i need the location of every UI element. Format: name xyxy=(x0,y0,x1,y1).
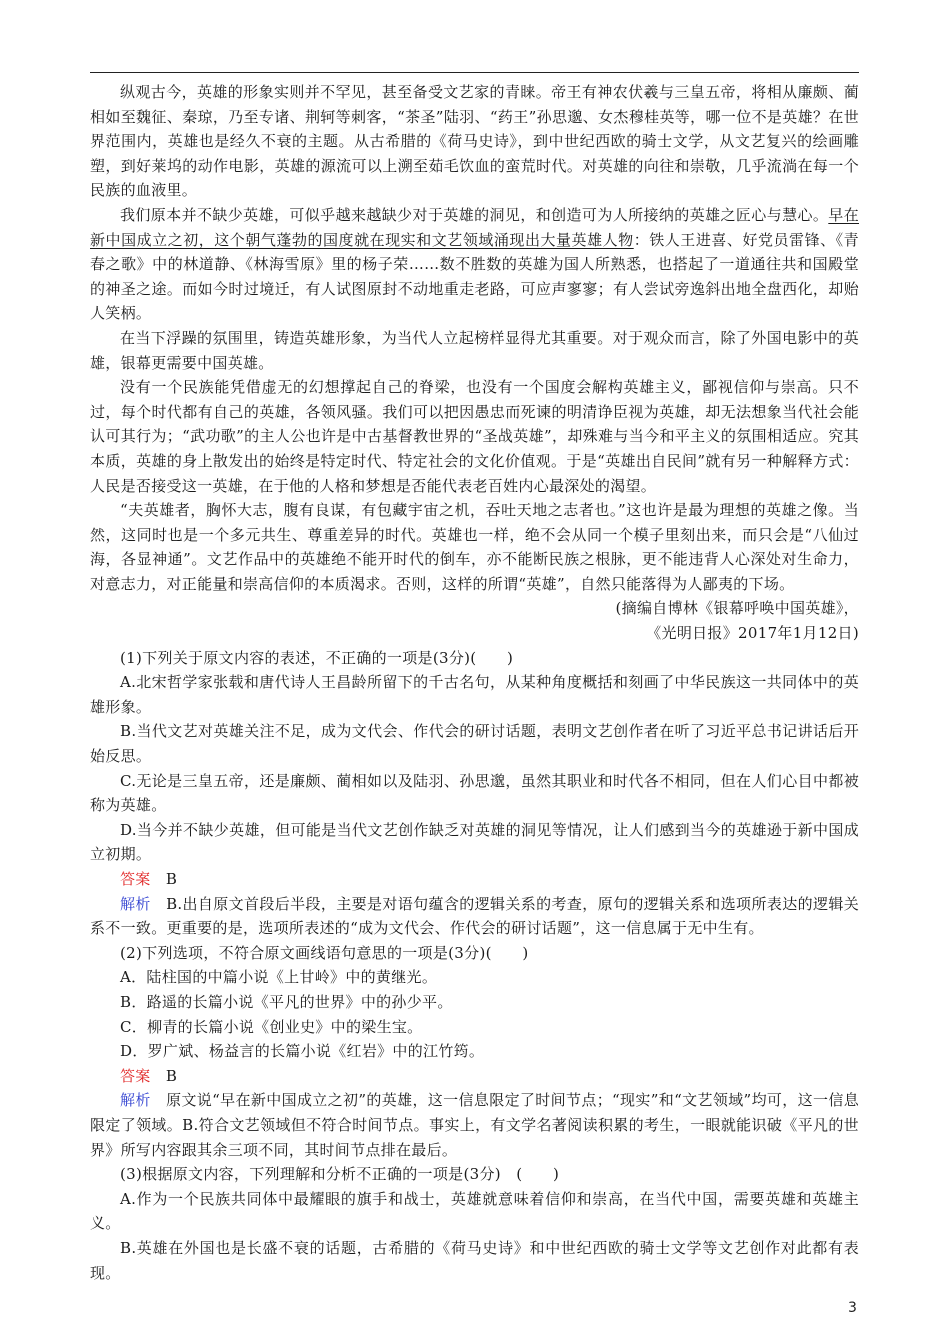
question-1-option-c: C.无论是三皇五帝，还是廉颇、蔺相如以及陆羽、孙思邈，虽然其职业和时代各不相同，… xyxy=(90,769,859,818)
question-1-option-d: D.当今并不缺少英雄，但可能是当代文艺创作缺乏对英雄的洞见等情况，让人们感到当今… xyxy=(90,818,859,867)
question-2-option-a: A．陆柱国的中篇小说《上甘岭》中的黄继光。 xyxy=(90,965,859,990)
question-3-option-b: B.英雄在外国也是长盛不衰的话题，古希腊的《荷马史诗》和中世纪西欧的骑士文学等文… xyxy=(90,1236,859,1285)
explanation-label: 解析 xyxy=(120,895,151,913)
p2-pre: 我们原本并不缺少英雄，可似乎越来越缺少对于英雄的洞见，和创造可为人所接纳的英雄之… xyxy=(120,206,828,224)
question-1-explanation: 解析 B.出自原文首段后半段，主要是对语句蕴含的逻辑关系的考查，原句的逻辑关系和… xyxy=(90,892,859,941)
question-2-explanation: 解析 原文说“早在新中国成立之初”的英雄，这一信息限定了时间节点；“现实”和“文… xyxy=(90,1088,859,1162)
source-citation-line-1: (摘编自博林《银幕呼唤中国英雄》， xyxy=(90,596,859,621)
explanation-label: 解析 xyxy=(120,1091,151,1109)
article-paragraph-2: 我们原本并不缺少英雄，可似乎越来越缺少对于英雄的洞见，和创造可为人所接纳的英雄之… xyxy=(90,203,859,326)
answer-label: 答案 xyxy=(120,870,151,888)
header-rule xyxy=(90,72,859,73)
question-3-option-a: A.作为一个民族共同体中最耀眼的旗手和战士，英雄就意味着信仰和崇高，在当代中国，… xyxy=(90,1187,859,1236)
explanation-text: B.出自原文首段后半段，主要是对语句蕴含的逻辑关系的考查，原句的逻辑关系和选项所… xyxy=(90,895,859,938)
question-2-answer: 答案 B xyxy=(90,1064,859,1089)
question-1-option-b: B.当代文艺对英雄关注不足，成为文代会、作代会的研讨话题，表明文艺创作者在听了习… xyxy=(90,719,859,768)
question-1-answer: 答案 B xyxy=(90,867,859,892)
question-2-option-d: D．罗广斌、杨益言的长篇小说《红岩》中的江竹筠。 xyxy=(90,1039,859,1064)
explanation-text: 原文说“早在新中国成立之初”的英雄，这一信息限定了时间节点；“现实”和“文艺领域… xyxy=(90,1091,859,1158)
article-paragraph-4: 没有一个民族能凭借虚无的幻想撑起自己的脊梁，也没有一个国度会解构英雄主义，鄙视信… xyxy=(90,375,859,498)
article-paragraph-3: 在当下浮躁的氛围里，铸造英雄形象，为当代人立起榜样显得尤其重要。对于观众而言，除… xyxy=(90,326,859,375)
question-2-option-b: B．路遥的长篇小说《平凡的世界》中的孙少平。 xyxy=(90,990,859,1015)
source-citation-line-2: 《光明日报》2017年1月12日) xyxy=(90,621,859,646)
article-paragraph-5: “夫英雄者，胸怀大志，腹有良谋，有包藏宇宙之机，吞吐天地之志者也。”这也许是最为… xyxy=(90,498,859,596)
question-1-stem: (1)下列关于原文内容的表述，不正确的一项是(3分)( ) xyxy=(90,646,859,671)
question-1-option-a: A.北宋哲学家张载和唐代诗人王昌龄所留下的千古名句，从某种角度概括和刻画了中华民… xyxy=(90,670,859,719)
question-2-stem: (2)下列选项，不符合原文画线语句意思的一项是(3分)( ) xyxy=(90,941,859,966)
page-content: 纵观古今，英雄的形象实则并不罕见，甚至备受文艺家的青睐。帝王有神农伏羲与三皇五帝… xyxy=(90,80,859,1285)
question-2-option-c: C．柳青的长篇小说《创业史》中的梁生宝。 xyxy=(90,1015,859,1040)
answer-value: B xyxy=(166,870,177,888)
page-number: 3 xyxy=(848,1300,857,1316)
article-paragraph-1: 纵观古今，英雄的形象实则并不罕见，甚至备受文艺家的青睐。帝王有神农伏羲与三皇五帝… xyxy=(90,80,859,203)
answer-value: B xyxy=(166,1067,177,1085)
question-3-stem: (3)根据原文内容，下列理解和分析不正确的一项是(3分) ( ) xyxy=(90,1162,859,1187)
answer-label: 答案 xyxy=(120,1067,151,1085)
